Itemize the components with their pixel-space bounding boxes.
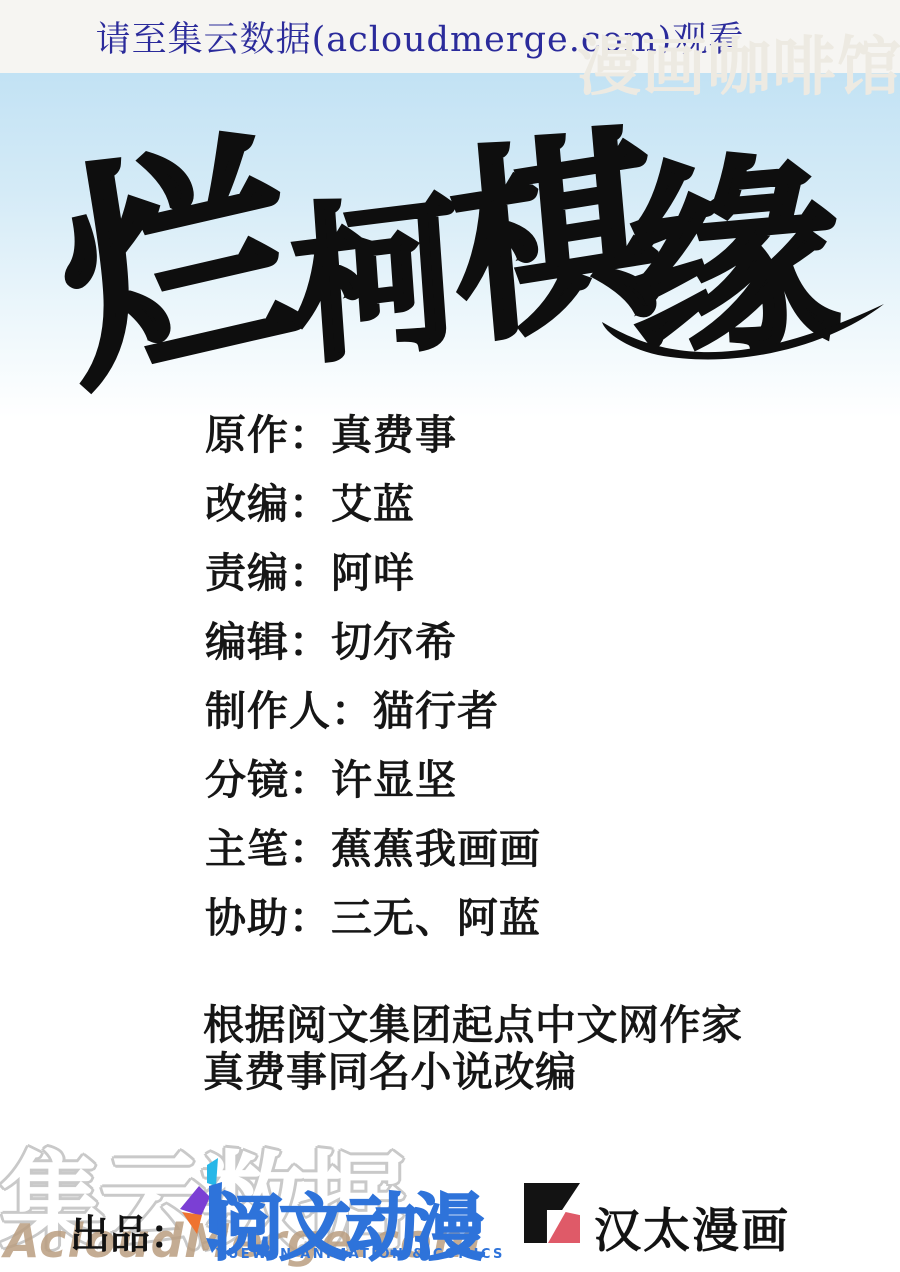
title-char: 烂 bbox=[47, 123, 309, 405]
credit-row: 制作人：猫行者 bbox=[205, 688, 541, 757]
credit-row: 改编：艾蓝 bbox=[205, 481, 541, 550]
credit-value: 蕉蕉我画画 bbox=[331, 825, 541, 873]
yuewen-logo-caption: YUEWEN ANIMATION & COMICS bbox=[216, 1247, 505, 1262]
hantai-icon-red-triangle bbox=[548, 1212, 580, 1243]
credit-label: 责编 bbox=[205, 549, 289, 597]
credit-colon: ： bbox=[331, 687, 373, 735]
credit-colon: ： bbox=[289, 549, 331, 597]
credit-value: 三无、阿蓝 bbox=[331, 894, 541, 942]
credit-value: 许显坚 bbox=[331, 756, 457, 804]
adaptation-line: 真费事同名小说改编 bbox=[203, 1049, 743, 1096]
credit-row: 主笔：蕉蕉我画画 bbox=[205, 826, 541, 895]
credit-label: 改编 bbox=[205, 480, 289, 528]
credit-value: 切尔希 bbox=[331, 618, 457, 666]
credit-row: 分镜：许显坚 bbox=[205, 757, 541, 826]
hantai-logo-icon bbox=[524, 1183, 580, 1243]
credit-colon: ： bbox=[289, 756, 331, 804]
credits-list: 原作：真费事 改编：艾蓝 责编：阿咩 编辑：切尔希 制作人：猫行者 分镜：许显坚… bbox=[205, 412, 541, 964]
produced-by-label: 出品： bbox=[70, 1203, 190, 1260]
credit-row: 责编：阿咩 bbox=[205, 550, 541, 619]
credit-colon: ： bbox=[289, 618, 331, 666]
adaptation-note: 根据阅文集团起点中文网作家 真费事同名小说改编 bbox=[203, 1002, 743, 1096]
watermark-manga-cafe: 漫画咖啡馆 bbox=[577, 16, 900, 108]
credit-label: 原作 bbox=[205, 411, 289, 459]
credit-colon: ： bbox=[289, 411, 331, 459]
comic-credits-page: 请至集云数据(acloudmerge.com)观看 漫画咖啡馆 烂 柯 棋 缘 … bbox=[0, 0, 900, 1272]
credit-value: 艾蓝 bbox=[331, 480, 415, 528]
credit-label: 分镜 bbox=[205, 756, 289, 804]
credit-label: 协助 bbox=[205, 894, 289, 942]
credit-colon: ： bbox=[289, 825, 331, 873]
credit-value: 真费事 bbox=[331, 411, 457, 459]
credit-colon: ： bbox=[289, 480, 331, 528]
credit-colon: ： bbox=[289, 894, 331, 942]
credit-row: 原作：真费事 bbox=[205, 412, 541, 481]
credit-value: 猫行者 bbox=[373, 687, 499, 735]
hantai-logo-text: 汉太漫画 bbox=[594, 1194, 790, 1261]
adaptation-line: 根据阅文集团起点中文网作家 bbox=[203, 1002, 743, 1049]
title-char: 柯 bbox=[287, 186, 465, 374]
credit-row: 编辑：切尔希 bbox=[205, 619, 541, 688]
credit-value: 阿咩 bbox=[331, 549, 415, 597]
credit-row: 协助：三无、阿蓝 bbox=[205, 895, 541, 964]
credit-label: 主笔 bbox=[205, 825, 289, 873]
credit-label: 制作人 bbox=[205, 687, 331, 735]
brush-swoosh bbox=[598, 288, 890, 370]
credit-label: 编辑 bbox=[205, 618, 289, 666]
